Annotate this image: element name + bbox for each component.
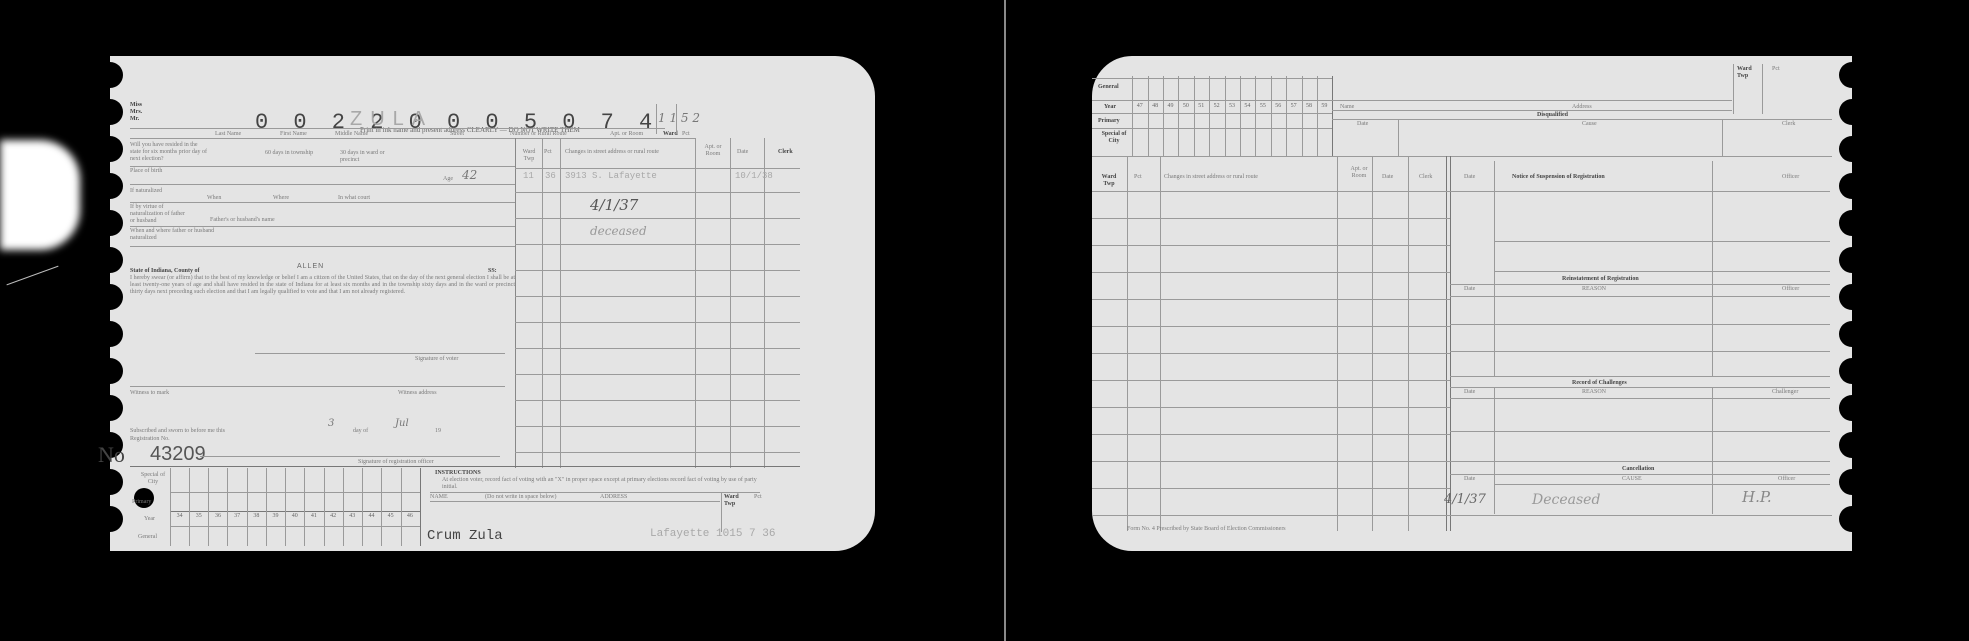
rule [1446, 156, 1447, 531]
perforation-icon [1839, 136, 1865, 162]
rule [324, 468, 325, 546]
rule [515, 218, 800, 219]
oath-heading: State of Indiana, County of [130, 268, 200, 275]
th-clerk: Clerk [778, 149, 793, 156]
rule [1194, 76, 1195, 156]
instructions-text: At election voter, record fact of voting… [442, 477, 772, 491]
form-footer: Form No. 4 Prescribed by State Board of … [1127, 526, 1286, 533]
perforation-icon [97, 99, 123, 125]
instr-do-not-write: (Do not write in space below) [485, 494, 556, 501]
rule [130, 128, 665, 129]
rule [130, 386, 505, 387]
rule [1092, 128, 1332, 129]
film-glare [0, 140, 80, 250]
ward-pct-written: 1 1 5 2 [658, 111, 700, 125]
perforation-icon [97, 395, 123, 421]
rule [1209, 76, 1210, 156]
perforation-icon [97, 210, 123, 236]
rule [381, 468, 382, 546]
challenges-date: Date [1464, 389, 1475, 396]
disqualified-cause: Cause [1582, 121, 1597, 128]
film-scratch [6, 266, 58, 286]
rule [208, 468, 209, 546]
rule [1092, 78, 1332, 79]
rule [656, 104, 657, 134]
rule [1450, 191, 1830, 192]
label-when: When [207, 195, 221, 202]
rule [515, 168, 800, 169]
rule [1127, 156, 1128, 531]
rule [1160, 156, 1161, 531]
label-year-prefix: 19 [435, 428, 441, 435]
suspension-title: Notice of Suspension of Registration [1512, 174, 1605, 181]
instr-pct-label: Pct [754, 494, 762, 501]
rule [343, 468, 344, 546]
rule [1092, 515, 1832, 516]
perforation-icon [97, 506, 123, 532]
rule [1148, 76, 1149, 156]
question-township: 60 days in township [265, 150, 315, 157]
sworn-day: 3 [328, 418, 334, 429]
row-year: Year [144, 516, 155, 523]
rule [515, 270, 800, 271]
rule [1398, 119, 1399, 156]
rule [1092, 272, 1450, 273]
typed-address: Lafayette 1015 7 36 [650, 528, 775, 540]
rule [130, 226, 515, 227]
rule [1225, 76, 1226, 156]
handwritten-date: 4/1/37 [590, 196, 638, 214]
back-th-ward: Ward Twp [1098, 174, 1120, 188]
typed-name: Crum Zula [427, 528, 503, 544]
label-sworn: Subscribed and sworn to before me this [130, 428, 225, 435]
rule [170, 468, 171, 546]
rule [515, 452, 800, 453]
rule [1762, 64, 1763, 114]
perforation-icon [1839, 469, 1865, 495]
age-label: Age [443, 176, 453, 183]
rule [515, 348, 800, 349]
perforation-icon [97, 469, 123, 495]
rule [1450, 398, 1830, 399]
rule [1092, 245, 1450, 246]
label-father-name: Father's or husband's name [210, 217, 275, 224]
cancellation-cause: CAUSE [1622, 476, 1642, 483]
registration-card-front: 0 0 2 2 0 0 0 5 0 7 4 Print in ink name … [110, 56, 875, 551]
perforation-icon [97, 247, 123, 273]
perforation-icon [1839, 506, 1865, 532]
back-ward-label: Ward Twp [1737, 66, 1757, 80]
rule [285, 468, 286, 546]
cancellation-date: Date [1464, 476, 1475, 483]
rule [227, 468, 228, 546]
perforation-icon [1839, 321, 1865, 347]
rule [515, 244, 800, 245]
col-middle-name: Middle Name [335, 131, 368, 138]
back-row-primary: Primary [1098, 118, 1120, 125]
challenges-title: Record of Challenges [1572, 380, 1627, 387]
rule [515, 374, 800, 375]
challenges-challenger: Challenger [1772, 389, 1798, 396]
rule [1332, 100, 1732, 101]
back-th-apt: Apt. or Room [1344, 166, 1374, 180]
rule [1163, 76, 1164, 156]
change-address: 3913 S. Lafayette [565, 171, 657, 181]
question-when-where: When and where father or husband natural… [130, 228, 220, 242]
rule [1255, 76, 1256, 156]
back-th-changes: Changes in street address or rural route [1164, 174, 1339, 181]
age-value: 42 [462, 168, 477, 182]
rule [1450, 461, 1830, 462]
rule [130, 138, 695, 139]
rule [130, 466, 800, 467]
rule [676, 104, 677, 134]
perforation-icon [97, 136, 123, 162]
rule [515, 138, 516, 468]
rule [1092, 299, 1450, 300]
rule [130, 166, 515, 167]
rule [560, 138, 561, 468]
change-ward: 11 [523, 171, 534, 181]
rule [1092, 461, 1450, 462]
back-th-pct: Pct [1134, 174, 1142, 181]
col-first-name: First Name [280, 131, 307, 138]
challenges-reason: REASON [1582, 389, 1606, 396]
rule [730, 138, 731, 468]
perforation-icon [97, 284, 123, 310]
rule [1408, 156, 1409, 531]
row-special-city: Special of City [138, 472, 168, 486]
label-signature-officer: Signature of registration officer [358, 459, 434, 466]
rule [1494, 271, 1830, 272]
perforation-icon [1839, 284, 1865, 310]
rule [1332, 76, 1333, 156]
rule [1286, 76, 1287, 156]
rule [1722, 119, 1723, 156]
rule [1712, 284, 1713, 376]
instr-name-label: NAME [430, 494, 448, 501]
rule [764, 138, 765, 468]
rule [1494, 387, 1495, 477]
back-row-general: General [1098, 84, 1119, 91]
question-naturalized: If naturalized [130, 188, 175, 195]
signature-line [255, 353, 505, 354]
rule [1132, 76, 1133, 156]
rule [1092, 488, 1450, 489]
perforation-icon [1839, 432, 1865, 458]
th-ward: Ward Twp [518, 149, 540, 163]
rule [130, 184, 515, 185]
rule [721, 492, 722, 532]
col-apt: Apt. or Room [610, 131, 643, 138]
rule [542, 138, 543, 468]
perforation-icon [97, 173, 123, 199]
rule [1092, 100, 1332, 101]
rule [1372, 156, 1373, 531]
cancellation-date-written: 4/1/37 [1444, 492, 1486, 507]
oath-text: I hereby swear (or affirm) that to the b… [130, 275, 515, 296]
rule [515, 322, 800, 323]
cancellation-cause-written: Deceased [1532, 492, 1600, 508]
rule [1332, 119, 1832, 120]
rule [1450, 376, 1830, 377]
rule [362, 468, 363, 546]
perforation-icon [1839, 395, 1865, 421]
reinstatement-title: Reinstatement of Registration [1562, 276, 1639, 283]
oath-ss: SS: [488, 268, 497, 275]
rule [1092, 113, 1332, 114]
rule [420, 468, 421, 546]
instructions-title: INSTRUCTIONS [435, 470, 481, 477]
back-pct-label: Pct [1772, 66, 1780, 73]
rule [1092, 326, 1450, 327]
rule [515, 400, 800, 401]
question-father-husband: If by virtue of naturalization of father… [130, 204, 190, 225]
perforation-icon [1839, 99, 1865, 125]
rule [130, 246, 515, 247]
perforation-icon [1839, 358, 1865, 384]
rule [1450, 284, 1830, 285]
rule [1317, 76, 1318, 156]
perforation-icon [1839, 62, 1865, 88]
disqualified-title: Disqualified [1537, 112, 1568, 119]
oath-county: ALLEN [297, 263, 324, 270]
rule [1240, 76, 1241, 156]
frame-divider [1004, 0, 1006, 641]
rule [515, 426, 800, 427]
rule [1450, 431, 1830, 432]
col-pct: Pct [682, 131, 690, 138]
perforation-icon [1839, 173, 1865, 199]
rule [1092, 407, 1450, 408]
rule [1302, 76, 1303, 156]
cancellation-officer-written: H.P. [1742, 488, 1772, 506]
rule [1450, 474, 1830, 475]
suspension-officer: Officer [1782, 174, 1799, 181]
th-apt: Apt. or Room [698, 144, 728, 158]
back-th-date: Date [1382, 174, 1393, 181]
label-day-of: day of [353, 428, 368, 435]
rule [1712, 474, 1713, 514]
rule [1450, 351, 1830, 352]
rule [515, 192, 800, 193]
rule [1092, 380, 1450, 381]
col-street: Street [450, 131, 464, 138]
reinstatement-date: Date [1464, 286, 1475, 293]
perforation-icon [97, 358, 123, 384]
rule [1178, 76, 1179, 156]
rule [1494, 474, 1495, 514]
col-number: Number or Rural Route [510, 131, 567, 138]
question-ward: 30 days in ward or precinct [340, 150, 400, 164]
rule [1092, 156, 1832, 157]
suspension-date: Date [1464, 174, 1475, 181]
label-where: Where [273, 195, 289, 202]
rule [130, 202, 515, 203]
disqualified-date: Date [1357, 121, 1368, 128]
back-th-clerk: Clerk [1419, 174, 1432, 181]
reinstatement-officer: Officer [1782, 286, 1799, 293]
rule [430, 492, 760, 493]
col-last-name: Last Name [215, 131, 241, 138]
perforation-icon [1839, 247, 1865, 273]
cancellation-officer: Officer [1778, 476, 1795, 483]
perforation-icon [1839, 210, 1865, 236]
rule [1332, 110, 1732, 111]
rule [515, 296, 800, 297]
label-signature-voter: Signature of voter [415, 356, 458, 363]
rule [430, 501, 720, 502]
rule [247, 468, 248, 546]
label-registration-no: Registration No. [130, 436, 170, 443]
row-primary: Primary [132, 499, 151, 506]
question-resided: Will you have resided in the state for s… [130, 142, 210, 163]
perforation-icon [97, 321, 123, 347]
rule [1494, 484, 1830, 485]
rule [1712, 387, 1713, 477]
sworn-month: Jul [395, 418, 409, 429]
rule [1733, 64, 1734, 114]
th-date: Date [737, 149, 748, 156]
rule [1271, 76, 1272, 156]
rule [1092, 353, 1450, 354]
rule [304, 468, 305, 546]
rule [1494, 284, 1495, 376]
rule [1450, 296, 1830, 297]
question-birthplace: Place of birth [130, 168, 165, 175]
label-court: In what court [338, 195, 370, 202]
rule [189, 468, 190, 546]
instr-address-label: ADDRESS [600, 494, 627, 501]
th-changes: Changes in street address or rural route [565, 149, 693, 156]
th-pct: Pct [544, 149, 552, 156]
registration-card-back: General Year Primary Special of City 47 … [1092, 56, 1852, 551]
rule [401, 468, 402, 546]
rule [695, 138, 696, 468]
change-date: 10/1/38 [735, 171, 773, 181]
registration-number: 43209 [150, 443, 206, 466]
rule [1092, 191, 1450, 192]
back-row-year: Year [1104, 104, 1116, 111]
row-general: General [138, 534, 157, 541]
reinstatement-reason: REASON [1582, 286, 1606, 293]
rule [1092, 218, 1450, 219]
change-pct: 36 [545, 171, 556, 181]
perforation-icon [97, 62, 123, 88]
label-witness-mark: Witness to mark [130, 390, 169, 397]
disqualified-clerk: Clerk [1782, 121, 1795, 128]
signature-line [200, 456, 500, 457]
handwritten-note: deceased [590, 224, 647, 238]
rule [1450, 324, 1830, 325]
rule [266, 468, 267, 546]
label-witness-address: Witness address [398, 390, 437, 397]
rule [1092, 434, 1450, 435]
rule [1337, 156, 1338, 531]
prefix-labels: Miss Mrs. Mr. [130, 102, 150, 123]
rule [1450, 387, 1830, 388]
instr-ward-label: Ward Twp [724, 494, 740, 508]
cancellation-title: Cancellation [1622, 466, 1654, 473]
back-row-special-city: Special of City [1100, 131, 1128, 145]
rule [1494, 241, 1830, 242]
no-symbol: No [98, 442, 125, 468]
